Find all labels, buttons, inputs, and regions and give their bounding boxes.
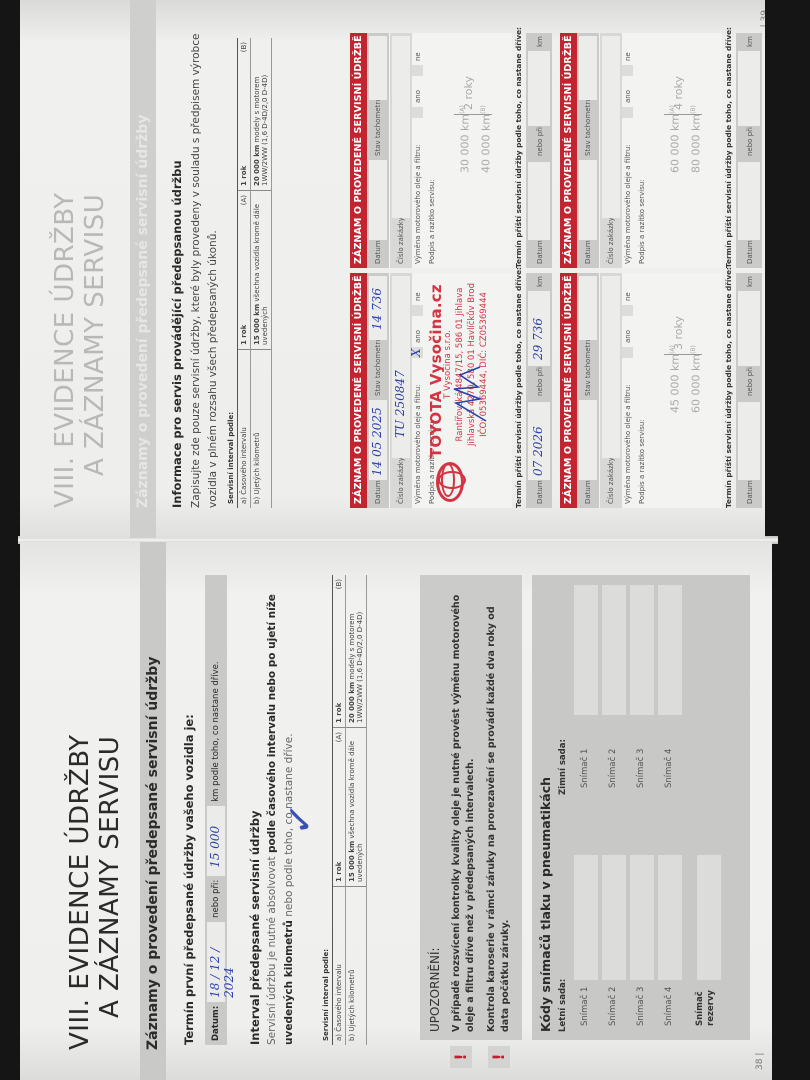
next-date-field[interactable]: 07 2026 (528, 402, 550, 480)
order-label: Číslo zakázky: (607, 455, 615, 504)
summer-set-label: Letní sada: (558, 979, 568, 1032)
yes-label: ano (624, 330, 632, 343)
warning-icon: ! (450, 1046, 472, 1068)
yes-label: ano (414, 90, 422, 103)
km-unit: km (746, 36, 754, 47)
no-label: ne (624, 52, 632, 61)
order-label: Číslo zakázky: (607, 215, 615, 264)
record-date-field[interactable] (579, 400, 597, 480)
km-milestones: 45 000 km(A)60 000 km(B) (664, 345, 705, 413)
no-label: ne (414, 52, 422, 61)
record-order-field[interactable] (602, 276, 620, 458)
next-km-field[interactable] (528, 51, 550, 126)
first-service-suffix: km podle toho, co nastane dříve. (211, 661, 221, 801)
warning-icon: ! (488, 1046, 510, 1068)
date-label: Datum: (584, 478, 592, 504)
record-header: ZÁZNAM O PROVEDENÉ SERVISNÍ ÚDRŽBĚ (560, 273, 577, 508)
winter-sensor-4-label: Snímač 4 (664, 749, 674, 788)
spare-sensor-label: Snímačrezervy (695, 990, 717, 1026)
km-label: nebo při: (211, 880, 221, 918)
years-milestone: 4 roky (672, 76, 685, 110)
record-order-field[interactable] (392, 36, 410, 218)
record-odometer-field[interactable] (579, 276, 597, 340)
page-number-39: | 39 (760, 10, 765, 27)
winter-sensor-3-field[interactable] (630, 585, 654, 715)
oil-yes-checkbox[interactable] (622, 107, 633, 118)
warning-item-1: V případě rozsvícení kontrolky kvality o… (450, 592, 478, 1032)
summer-sensor-4-field[interactable] (658, 855, 682, 980)
oil-no-checkbox[interactable] (412, 305, 423, 316)
yes-label: ano (414, 330, 422, 343)
page-39: VIII. EVIDENCE ÚDRŽBY A ZÁZNAMY SERVISU … (20, 0, 765, 538)
record-odometer-field[interactable] (369, 36, 387, 100)
service-record-card: ZÁZNAM O PROVEDENÉ SERVISNÍ ÚDRŽBĚ Datum… (350, 33, 512, 268)
next-service-row: Termín příští servisní údržby podle toho… (514, 33, 558, 268)
oil-change-label: Výměna motorového oleje a filtru: (414, 144, 422, 264)
table-header: Servisní interval podle: (320, 575, 333, 1045)
record-header: ZÁZNAM O PROVEDENÉ SERVISNÍ ÚDRŽBĚ (350, 273, 367, 508)
oil-change-label: Výměna motorového oleje a filtru: (624, 384, 632, 504)
record-header: ZÁZNAM O PROVEDENÉ SERVISNÍ ÚDRŽBĚ (560, 33, 577, 268)
first-service-km-value: 15 000 (208, 826, 222, 868)
winter-sensor-1-field[interactable] (574, 585, 598, 715)
odometer-label: Stav tachometru: (374, 95, 382, 156)
warning-item-2: Kontrola karoserie v rámci záruky na pro… (485, 592, 513, 1032)
info-title: Informace pro servis provádějící předeps… (170, 160, 184, 508)
oil-yes-checkbox[interactable] (412, 107, 423, 118)
first-service-title: Termín první předepsané údržby vašeho vo… (182, 714, 196, 1045)
next-service-row: Termín příští servisní údržby podle toho… (724, 273, 765, 508)
section-band: Záznamy o provedení předepsané servisní … (140, 542, 166, 1080)
next-km-label: nebo při: (746, 125, 754, 156)
record-date-field[interactable] (369, 160, 387, 240)
next-km-label: nebo při: (536, 125, 544, 156)
oil-yes-checkbox[interactable] (622, 347, 633, 358)
table-row: a) Časového intervalu 1 rok(A) 1 rok(B) (333, 575, 346, 1045)
km-unit: km (536, 36, 544, 47)
next-km-field[interactable]: 29 736 (528, 291, 550, 366)
first-service-date-value: 18 / 12 / 2024 (208, 922, 236, 998)
service-record-card: ZÁZNAM O PROVEDENÉ SERVISNÍ ÚDRŽBĚ Datum… (560, 33, 722, 268)
table-row: b) Ujetých kilometrů 15 000 km všechna v… (251, 38, 272, 508)
date-label: Datum: (211, 1006, 221, 1041)
oil-no-checkbox[interactable] (622, 305, 633, 316)
next-service-row: Termín příští servisní údržby podle toho… (514, 273, 558, 508)
warning-title: UPOZORNĚNÍ: (428, 947, 442, 1032)
odometer-label: Stav tachometru: (374, 335, 382, 396)
handwritten-checkmark: ✓ (276, 800, 324, 838)
next-date-label: Datum: (746, 238, 754, 264)
summer-sensor-2-label: Snímač 2 (608, 987, 618, 1026)
years-milestone: 3 roky (672, 316, 685, 350)
date-label: Datum: (584, 238, 592, 264)
chapter-title-line1: VIII. EVIDENCE ÚDRŽBY (65, 734, 95, 1050)
info-text: Zapisujte zde pouze servisní údržby, kte… (188, 28, 222, 508)
next-date-label: Datum: (536, 238, 544, 264)
first-service-km-field[interactable]: 15 000 (207, 806, 225, 876)
next-date-label: Datum: (746, 478, 754, 504)
next-service-title: Termín příští servisní údržby podle toho… (724, 273, 733, 508)
summer-sensor-1-label: Snímač 1 (580, 987, 590, 1026)
next-date-label: Datum: (536, 478, 544, 504)
next-km-label: nebo při: (536, 365, 544, 396)
date-label: Datum: (374, 238, 382, 264)
no-label: ne (414, 292, 422, 301)
spare-sensor-field[interactable] (697, 855, 721, 980)
section-band: Záznamy o provedení předepsané servisní … (130, 0, 156, 538)
table-row: b) Ujetých kilometrů 15 000 km všechna v… (346, 575, 367, 1045)
chapter-title: VIII. EVIDENCE ÚDRŽBY A ZÁZNAMY SERVISU (65, 734, 125, 1050)
years-milestone: 2 roky (462, 76, 475, 110)
winter-sensor-2-field[interactable] (602, 585, 626, 715)
signature-scribble (450, 363, 490, 423)
odometer-label: Stav tachometru: (584, 95, 592, 156)
tpms-title: Kódy snímačů tlaku v pneumatikách (538, 777, 553, 1032)
winter-set-label: Zimní sada: (558, 739, 568, 795)
next-km-label: nebo při: (746, 365, 754, 396)
order-label: Číslo zakázky: (397, 215, 405, 264)
service-interval-table: Servisní interval podle: a) Časového int… (225, 38, 272, 508)
next-date-field[interactable] (528, 162, 550, 240)
interval-title: Interval předepsané servisní údržby (248, 811, 262, 1045)
km-milestones: 30 000 km(A)40 000 km(B) (454, 105, 495, 173)
first-service-strip: Datum: 18 / 12 / 2024 nebo při: 15 000 k… (205, 575, 227, 1045)
chapter-title: VIII. EVIDENCE ÚDRŽBY A ZÁZNAMY SERVISU (50, 192, 110, 508)
chapter-title-line1: VIII. EVIDENCE ÚDRŽBY (50, 192, 80, 508)
order-label: Číslo zakázky: (397, 455, 405, 504)
next-service-row: Termín příští servisní údržby podle toho… (724, 33, 765, 268)
next-service-title: Termín příští servisní údržby podle toho… (514, 273, 523, 508)
oil-change-label: Výměna motorového oleje a filtru: (624, 144, 632, 264)
next-date-field[interactable] (738, 162, 760, 240)
record-order-field[interactable]: TU 250847 (392, 276, 410, 458)
next-km-field[interactable] (738, 51, 760, 126)
service-record-card: ZÁZNAM O PROVEDENÉ SERVISNÍ ÚDRŽBĚ Datum… (350, 273, 512, 508)
summer-sensor-1-field[interactable] (574, 855, 598, 980)
winter-sensor-2-label: Snímač 2 (608, 749, 618, 788)
service-interval-table: Servisní interval podle: a) Časového int… (320, 575, 367, 1045)
first-service-date-field[interactable]: 18 / 12 / 2024 (207, 922, 225, 1002)
chapter-title-line2: A ZÁZNAMY SERVISU (95, 734, 125, 1050)
tpms-codes-box: Kódy snímačů tlaku v pneumatikách Letní … (532, 575, 750, 1040)
winter-sensor-3-label: Snímač 3 (636, 749, 646, 788)
record-date-field[interactable]: 14 05 2025 (369, 400, 387, 480)
signature-label: Podpis a razítko servisu: (428, 179, 436, 264)
oil-change-label: Výměna motorového oleje a filtru: (414, 384, 422, 504)
record-order-field[interactable] (602, 36, 620, 218)
no-label: ne (624, 292, 632, 301)
signature-label: Podpis a razítko servisu: (638, 179, 646, 264)
page-number-38: 38 | (755, 1053, 765, 1070)
yes-label: ano (624, 90, 632, 103)
record-odometer-field[interactable]: 14 736 (369, 276, 387, 340)
table-row: a) Časového intervalu 1 rok(A) 1 rok(B) (238, 38, 251, 508)
km-unit: km (746, 276, 754, 287)
next-service-title: Termín příští servisní údržby podle toho… (514, 33, 523, 268)
summer-sensor-2-field[interactable] (602, 855, 626, 980)
record-date-field[interactable] (579, 160, 597, 240)
next-km-field[interactable] (738, 291, 760, 366)
warning-box: UPOZORNĚNÍ: V případě rozsvícení kontrol… (420, 575, 522, 1040)
toyota-logo-icon (436, 462, 464, 502)
winter-sensor-4-field[interactable] (658, 585, 682, 715)
odometer-label: Stav tachometru: (584, 335, 592, 396)
signature-label: Podpis a razítko servisu: (638, 419, 646, 504)
oil-no-checkbox[interactable] (412, 65, 423, 76)
summer-sensor-3-label: Snímač 3 (636, 987, 646, 1026)
oil-no-checkbox[interactable] (622, 65, 633, 76)
record-odometer-field[interactable] (579, 36, 597, 100)
summer-sensor-3-field[interactable] (630, 855, 654, 980)
next-service-title: Termín příští servisní údržby podle toho… (724, 33, 733, 268)
service-record-card: ZÁZNAM O PROVEDENÉ SERVISNÍ ÚDRŽBĚ Datum… (560, 273, 722, 508)
summer-sensor-4-label: Snímač 4 (664, 987, 674, 1026)
km-milestones: 60 000 km(A)80 000 km(B) (664, 105, 705, 173)
oil-yes-checkbox[interactable]: X (412, 347, 423, 358)
winter-sensor-1-label: Snímač 1 (580, 749, 590, 788)
next-date-field[interactable] (738, 402, 760, 480)
booklet-spread: VIII. EVIDENCE ÚDRŽBY A ZÁZNAMY SERVISU … (0, 0, 810, 1080)
stamp-brand: TOYOTA Vysočina.cz (430, 283, 442, 458)
record-header: ZÁZNAM O PROVEDENÉ SERVISNÍ ÚDRŽBĚ (350, 33, 367, 268)
chapter-title-line2: A ZÁZNAMY SERVISU (80, 192, 110, 508)
date-label: Datum: (374, 478, 382, 504)
page-38: VIII. EVIDENCE ÚDRŽBY A ZÁZNAMY SERVISU … (20, 542, 772, 1080)
km-unit: km (536, 276, 544, 287)
table-header: Servisní interval podle: (225, 38, 238, 508)
